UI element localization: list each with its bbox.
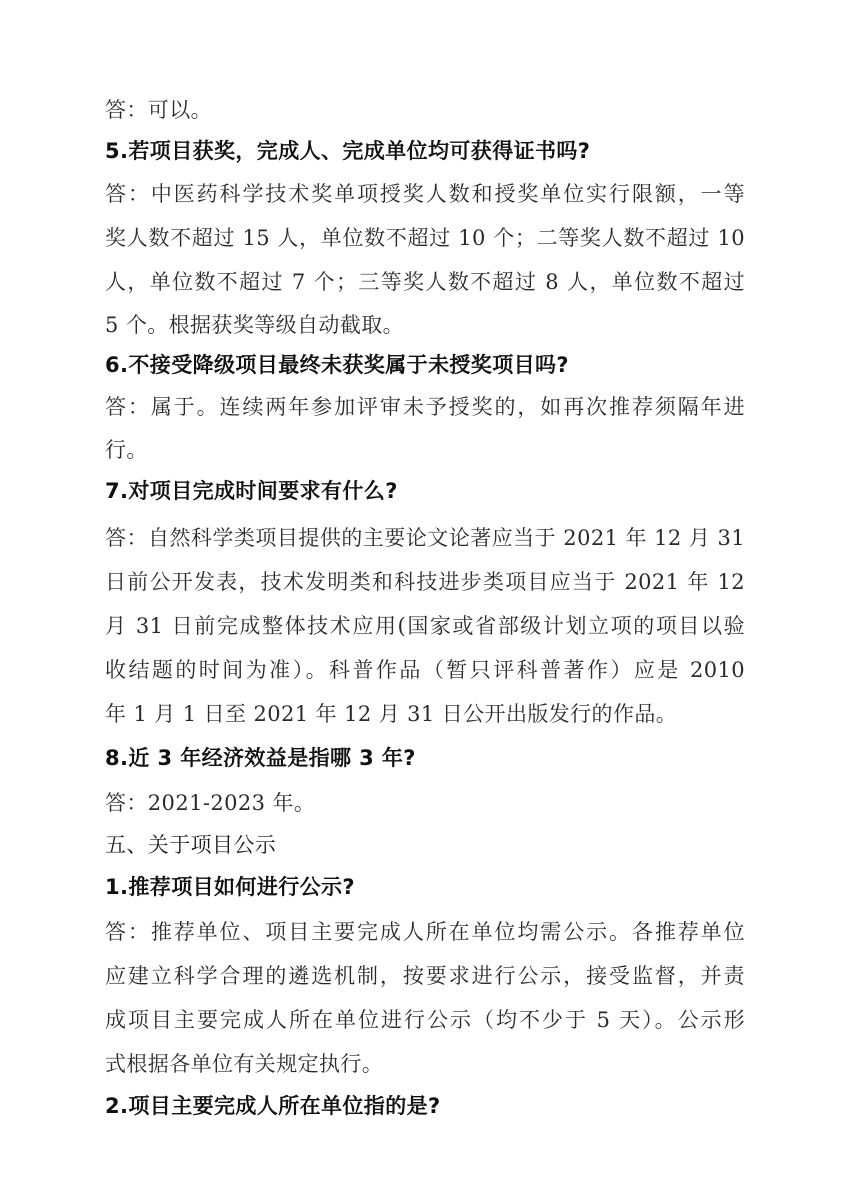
answer-text: 月 31 日前完成整体技术应用(国家或省部级计划立项的项目以验 xyxy=(105,612,745,640)
answer-text: 答：中医药科学技术奖单项授奖人数和授奖单位实行限额，一等 xyxy=(105,180,745,208)
question-heading: 5.若项目获奖，完成人、完成单位均可获得证书吗? xyxy=(105,137,745,165)
question-heading: 2.项目主要完成人所在单位指的是? xyxy=(105,1092,745,1120)
answer-text: 行。 xyxy=(105,436,745,464)
question-heading: 7.对项目完成时间要求有什么? xyxy=(105,477,745,505)
answer-text: 成项目主要完成人所在单位进行公示（均不少于 5 天）。公示形 xyxy=(105,1006,745,1034)
answer-text: 答：可以。 xyxy=(105,96,745,124)
answer-text: 人，单位数不超过 7 个；三等奖人数不超过 8 人，单位数不超过 xyxy=(105,268,745,296)
question-heading: 8.近 3 年经济效益是指哪 3 年? xyxy=(105,744,745,772)
answer-text: 年 1 月 1 日至 2021 年 12 月 31 日公开出版发行的作品。 xyxy=(105,700,745,728)
answer-text: 5 个。根据获奖等级自动截取。 xyxy=(105,311,745,339)
answer-text: 答：推荐单位、项目主要完成人所在单位均需公示。各推荐单位 xyxy=(105,918,745,946)
answer-text: 应建立科学合理的遴选机制，按要求进行公示，接受监督，并责 xyxy=(105,962,745,990)
answer-text: 答：自然科学类项目提供的主要论文论著应当于 2021 年 12 月 31 xyxy=(105,524,745,552)
answer-text: 日前公开发表，技术发明类和科技进步类项目应当于 2021 年 12 xyxy=(105,568,745,596)
answer-text: 式根据各单位有关规定执行。 xyxy=(105,1050,745,1078)
answer-text: 收结题的时间为准）。科普作品（暂只评科普著作）应是 2010 xyxy=(105,656,745,684)
answer-text: 答：属于。连续两年参加评审未予授奖的，如再次推荐须隔年进 xyxy=(105,393,745,421)
section-heading: 五、关于项目公示 xyxy=(105,831,745,859)
answer-text: 答：2021-2023 年。 xyxy=(105,789,745,817)
answer-text: 奖人数不超过 15 人，单位数不超过 10 个；二等奖人数不超过 10 xyxy=(105,224,745,252)
question-heading: 1.推荐项目如何进行公示? xyxy=(105,873,745,901)
question-heading: 6.不接受降级项目最终未获奖属于未授奖项目吗? xyxy=(105,351,745,379)
